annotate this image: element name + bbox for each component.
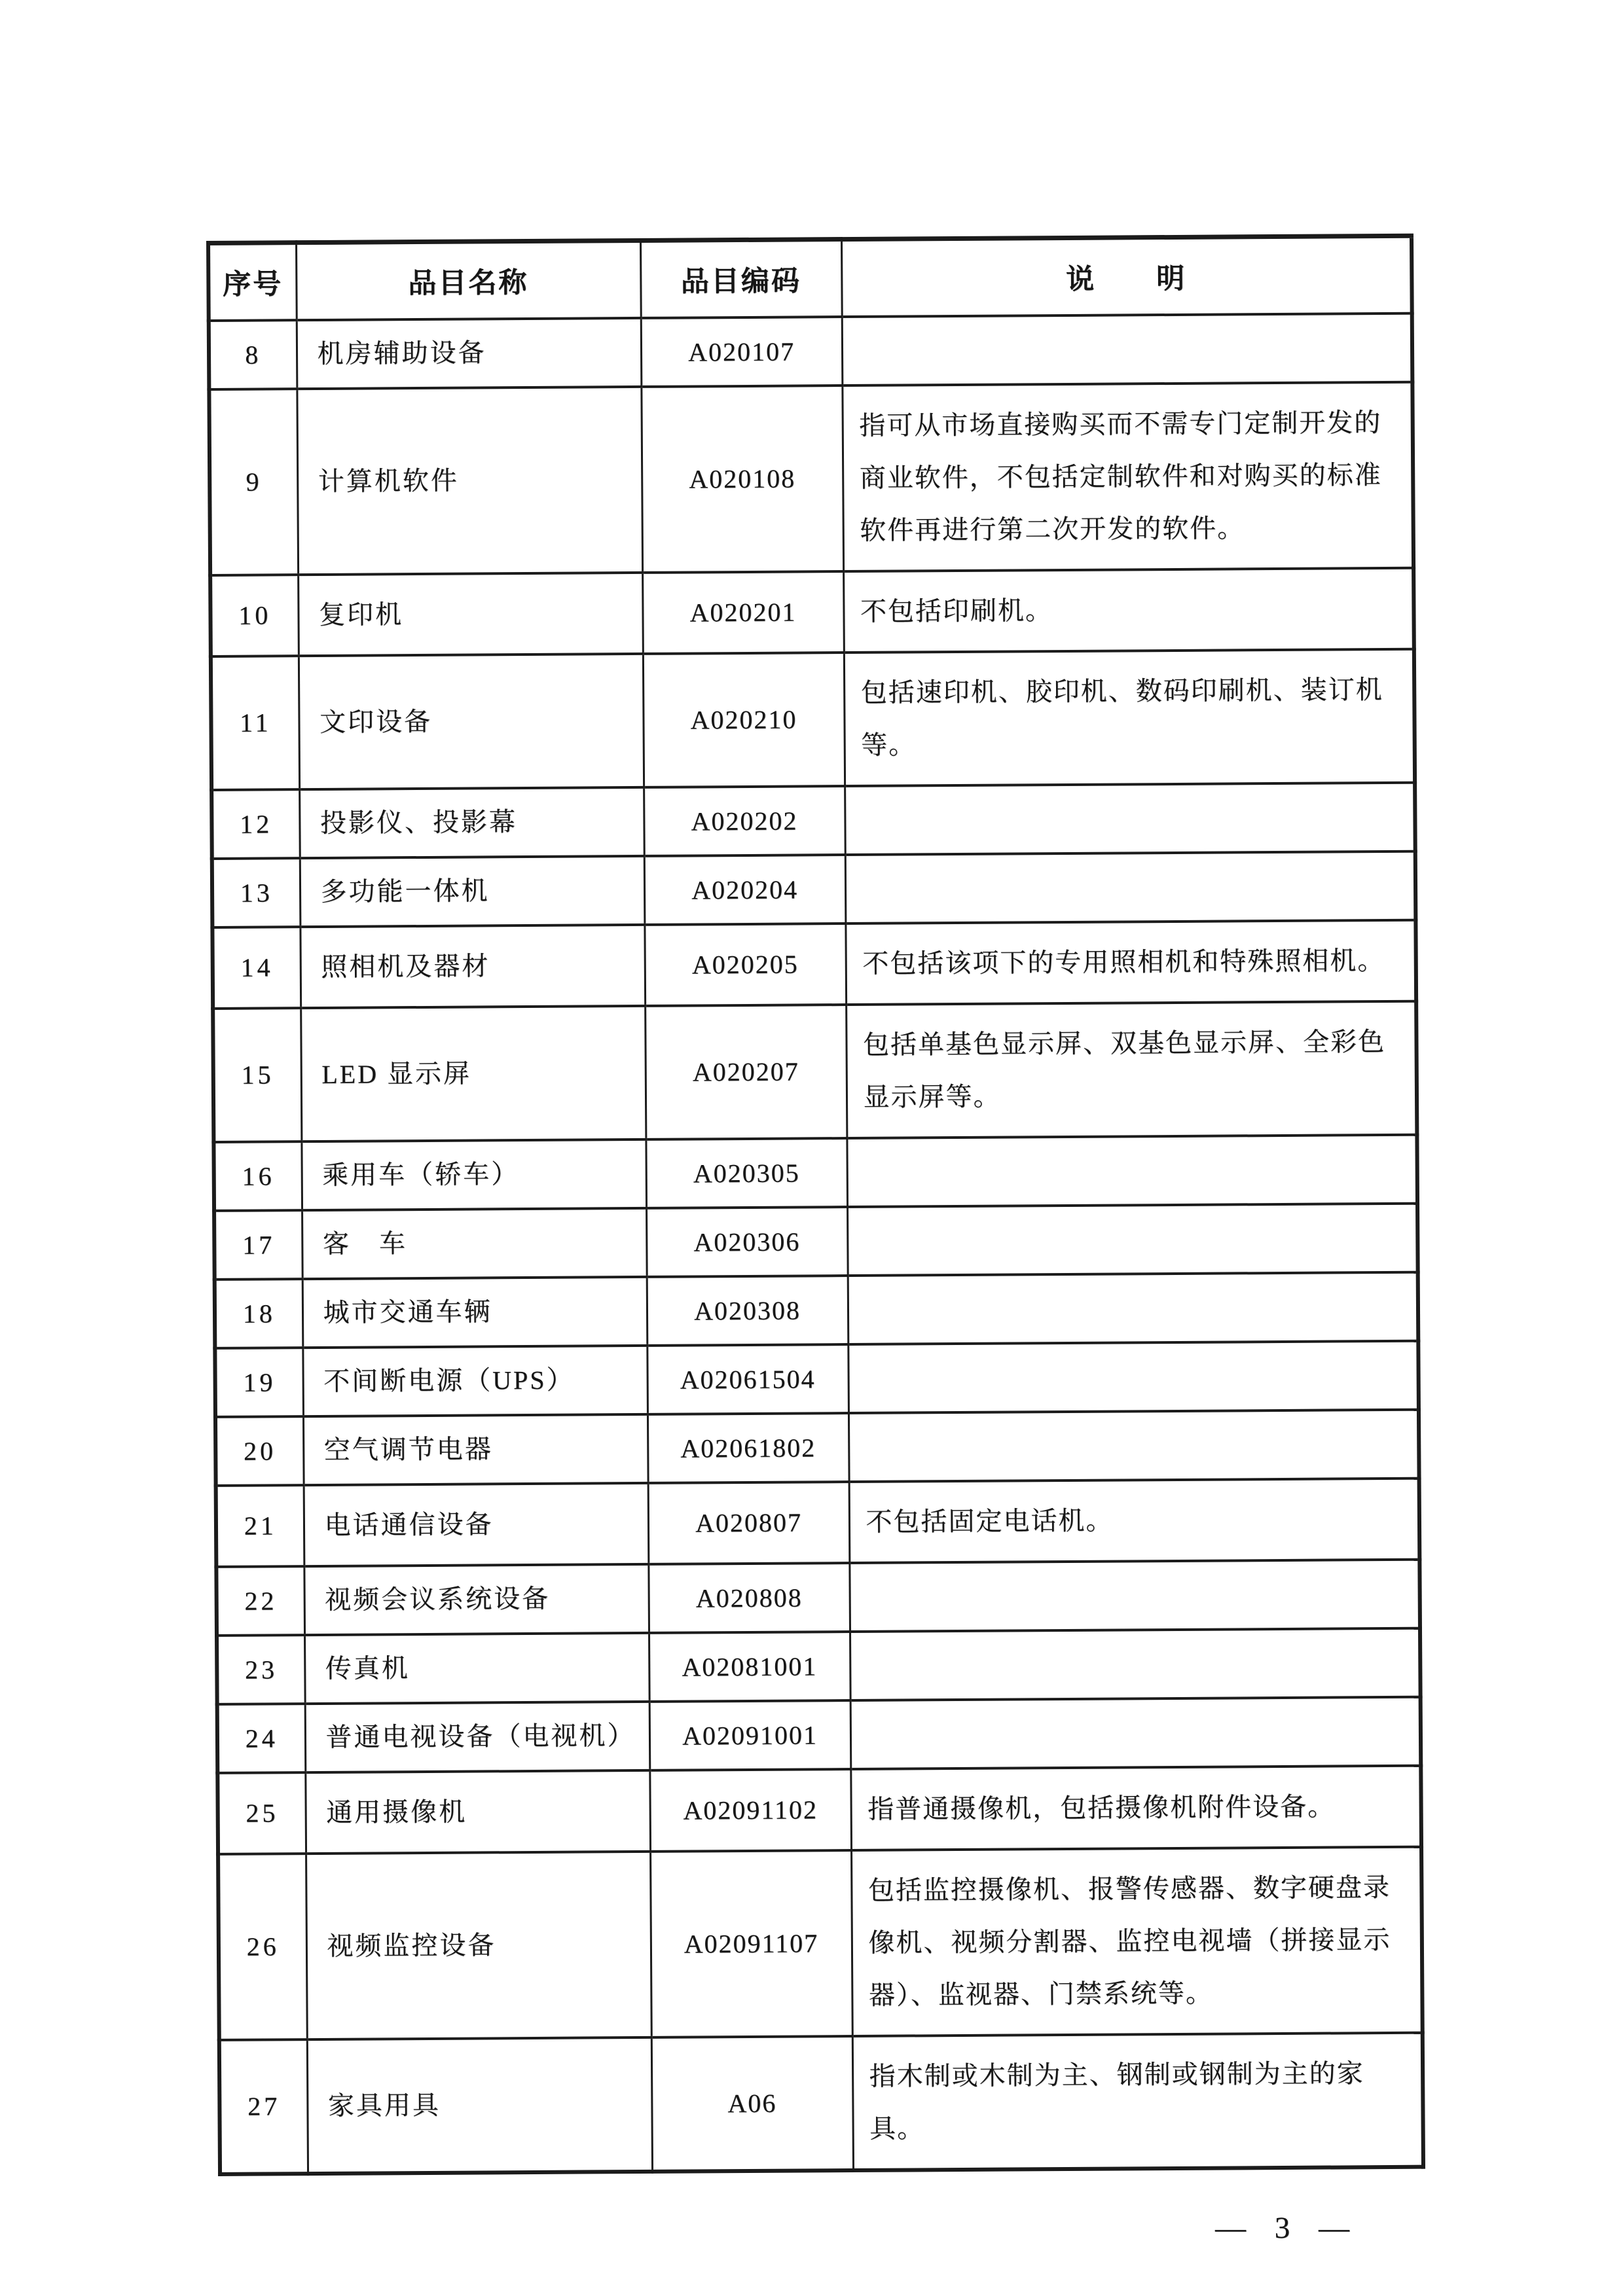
item-code-cell: A020107 (641, 317, 843, 387)
table-row: 26 视频监控设备 A02091107 包括监控摄像机、报警传感器、数字硬盘录像… (218, 1846, 1423, 2039)
serial-number-cell: 25 (217, 1772, 306, 1854)
table-row: 12 投影仪、投影幕 A020202 (211, 782, 1415, 858)
table-row: 22 视频会议系统设备 A020808 (216, 1559, 1420, 1635)
serial-number-cell: 12 (211, 789, 300, 859)
item-code-cell: A020808 (648, 1563, 850, 1633)
item-name-cell: 投影仪、投影幕 (299, 787, 644, 857)
serial-number-cell: 8 (209, 320, 297, 389)
item-description-cell: 包括速印机、胶印机、数码印刷机、装订机等。 (844, 649, 1415, 785)
item-name-cell: 客 车 (302, 1208, 647, 1278)
scanned-document-page: 序号 品目名称 品目编码 说 明 8 机房辅助设备 A020107 9 计算机软… (0, 0, 1623, 2296)
item-code-cell: A02091102 (649, 1769, 851, 1852)
item-description-cell: 不包括印刷机。 (843, 567, 1414, 652)
item-description-cell (845, 851, 1416, 923)
serial-number-cell: 10 (210, 575, 299, 656)
serial-number-cell: 24 (217, 1704, 306, 1773)
item-code-cell: A020308 (647, 1276, 848, 1346)
serial-number-cell: 26 (218, 1854, 307, 2040)
table-row: 15 LED 显示屏 A020207 包括单基色显示屏、双基色显示屏、全彩色显示… (213, 1001, 1417, 1141)
item-name-cell: 多功能一体机 (300, 855, 645, 926)
table-row: 27 家具用具 A06 指木制或木制为主、钢制或钢制为主的家具。 (219, 2032, 1423, 2174)
serial-number-cell: 15 (213, 1008, 301, 1142)
item-code-cell: A02091107 (650, 1850, 852, 2037)
item-code-cell: A020807 (648, 1482, 850, 1564)
item-name-cell: 视频会议系统设备 (304, 1564, 649, 1634)
table-row: 19 不间断电源（UPS） A02061504 (215, 1340, 1419, 1416)
table-row: 14 照相机及器材 A020205 不包括该项下的专用照相机和特殊照相机。 (212, 920, 1416, 1008)
serial-number-cell: 17 (214, 1210, 302, 1280)
item-description-cell (848, 1340, 1419, 1412)
item-code-cell: A020305 (646, 1138, 847, 1208)
item-code-cell: A020202 (644, 786, 845, 856)
header-serial-number: 序号 (208, 243, 297, 321)
item-code-cell: A06 (651, 2036, 853, 2172)
item-name-cell: LED 显示屏 (301, 1005, 646, 1141)
item-code-cell: A020201 (642, 571, 844, 654)
item-code-cell: A02061504 (647, 1344, 848, 1414)
item-description-cell (848, 1272, 1419, 1344)
header-row: 序号 品目名称 品目编码 说 明 (208, 236, 1412, 320)
item-name-cell: 机房辅助设备 (297, 317, 642, 388)
serial-number-cell: 16 (213, 1141, 302, 1211)
item-name-cell: 普通电视设备（电视机） (305, 1701, 650, 1772)
serial-number-cell: 27 (219, 2039, 308, 2174)
item-description-cell: 指木制或木制为主、钢制或钢制为主的家具。 (852, 2032, 1423, 2170)
item-description-cell (847, 1203, 1418, 1275)
item-description-cell (850, 1696, 1421, 1768)
item-name-cell: 文印设备 (299, 653, 644, 789)
item-name-cell: 通用摄像机 (305, 1770, 650, 1853)
table-body: 8 机房辅助设备 A020107 9 计算机软件 A020108 指可从市场直接… (209, 313, 1423, 2174)
table-row: 23 传真机 A02081001 (217, 1628, 1421, 1704)
item-code-cell: A020205 (644, 924, 846, 1006)
item-description-cell: 包括单基色显示屏、双基色显示屏、全彩色显示屏等。 (846, 1001, 1417, 1138)
serial-number-cell: 14 (212, 927, 301, 1009)
item-code-cell: A020207 (645, 1005, 847, 1139)
serial-number-cell: 9 (209, 389, 298, 575)
item-name-cell: 城市交通车辆 (302, 1276, 647, 1347)
procurement-item-table: 序号 品目名称 品目编码 说 明 8 机房辅助设备 A020107 9 计算机软… (206, 234, 1425, 2176)
serial-number-cell: 13 (212, 858, 301, 927)
item-description-cell: 指可从市场直接购买而不需专门定制开发的商业软件，不包括定制软件和对购买的标准软件… (842, 382, 1413, 571)
item-code-cell: A020204 (644, 855, 846, 925)
table-row: 10 复印机 A020201 不包括印刷机。 (210, 567, 1414, 656)
serial-number-cell: 20 (215, 1416, 304, 1486)
table-row: 9 计算机软件 A020108 指可从市场直接购买而不需专门定制开发的商业软件，… (209, 382, 1413, 575)
table-row: 20 空气调节电器 A02061802 (215, 1409, 1419, 1485)
item-name-cell: 传真机 (304, 1632, 649, 1703)
header-item-code: 品目编码 (640, 240, 842, 318)
item-description-cell: 不包括该项下的专用照相机和特殊照相机。 (845, 920, 1416, 1004)
item-code-cell: A02081001 (649, 1632, 850, 1702)
header-item-name: 品目名称 (296, 240, 641, 319)
item-name-cell: 乘用车（轿车） (301, 1139, 646, 1210)
serial-number-cell: 19 (215, 1348, 303, 1417)
table-row: 25 通用摄像机 A02091102 指普通摄像机，包括摄像机附件设备。 (217, 1765, 1421, 1854)
serial-number-cell: 21 (216, 1485, 304, 1567)
table-row: 11 文印设备 A020210 包括速印机、胶印机、数码印刷机、装订机等。 (211, 649, 1415, 789)
item-description-cell: 包括监控摄像机、报警传感器、数字硬盘录像机、视频分割器、监控电视墙（拼接显示器）… (851, 1846, 1423, 2036)
serial-number-cell: 11 (211, 656, 299, 790)
table-row: 18 城市交通车辆 A020308 (215, 1272, 1419, 1348)
item-code-cell: A020306 (646, 1207, 848, 1277)
item-description-cell (847, 1134, 1417, 1206)
serial-number-cell: 18 (215, 1279, 303, 1348)
table-row: 13 多功能一体机 A020204 (212, 851, 1416, 927)
item-name-cell: 计算机软件 (297, 386, 642, 574)
table-row: 17 客 车 A020306 (214, 1203, 1418, 1279)
serial-number-cell: 22 (216, 1566, 304, 1636)
item-code-cell: A020108 (641, 386, 843, 573)
item-name-cell: 视频监控设备 (306, 1851, 651, 2039)
item-code-cell: A02061802 (647, 1413, 849, 1483)
item-description-cell (849, 1559, 1420, 1631)
item-name-cell: 照相机及器材 (300, 924, 645, 1007)
item-description-cell: 指普通摄像机，包括摄像机附件设备。 (850, 1765, 1421, 1850)
page-number: — 3 — (1215, 2210, 1360, 2246)
item-name-cell: 空气调节电器 (303, 1414, 648, 1484)
item-name-cell: 电话通信设备 (304, 1482, 649, 1566)
item-description-cell (842, 313, 1413, 385)
table-row: 24 普通电视设备（电视机） A02091001 (217, 1696, 1421, 1772)
header-description: 说 明 (841, 236, 1412, 316)
item-description-cell (845, 782, 1415, 854)
item-code-cell: A020210 (643, 653, 845, 787)
table-row: 21 电话通信设备 A020807 不包括固定电话机。 (216, 1478, 1420, 1566)
item-description-cell (850, 1628, 1421, 1700)
item-name-cell: 复印机 (298, 572, 643, 655)
item-description-cell (848, 1409, 1419, 1481)
serial-number-cell: 23 (217, 1635, 305, 1704)
item-name-cell: 家具用具 (307, 2037, 652, 2173)
item-description-cell: 不包括固定电话机。 (849, 1478, 1420, 1562)
table-row: 8 机房辅助设备 A020107 (209, 313, 1413, 389)
item-code-cell: A02091001 (649, 1700, 851, 1770)
item-name-cell: 不间断电源（UPS） (302, 1345, 647, 1416)
table-row: 16 乘用车（轿车） A020305 (213, 1134, 1417, 1210)
